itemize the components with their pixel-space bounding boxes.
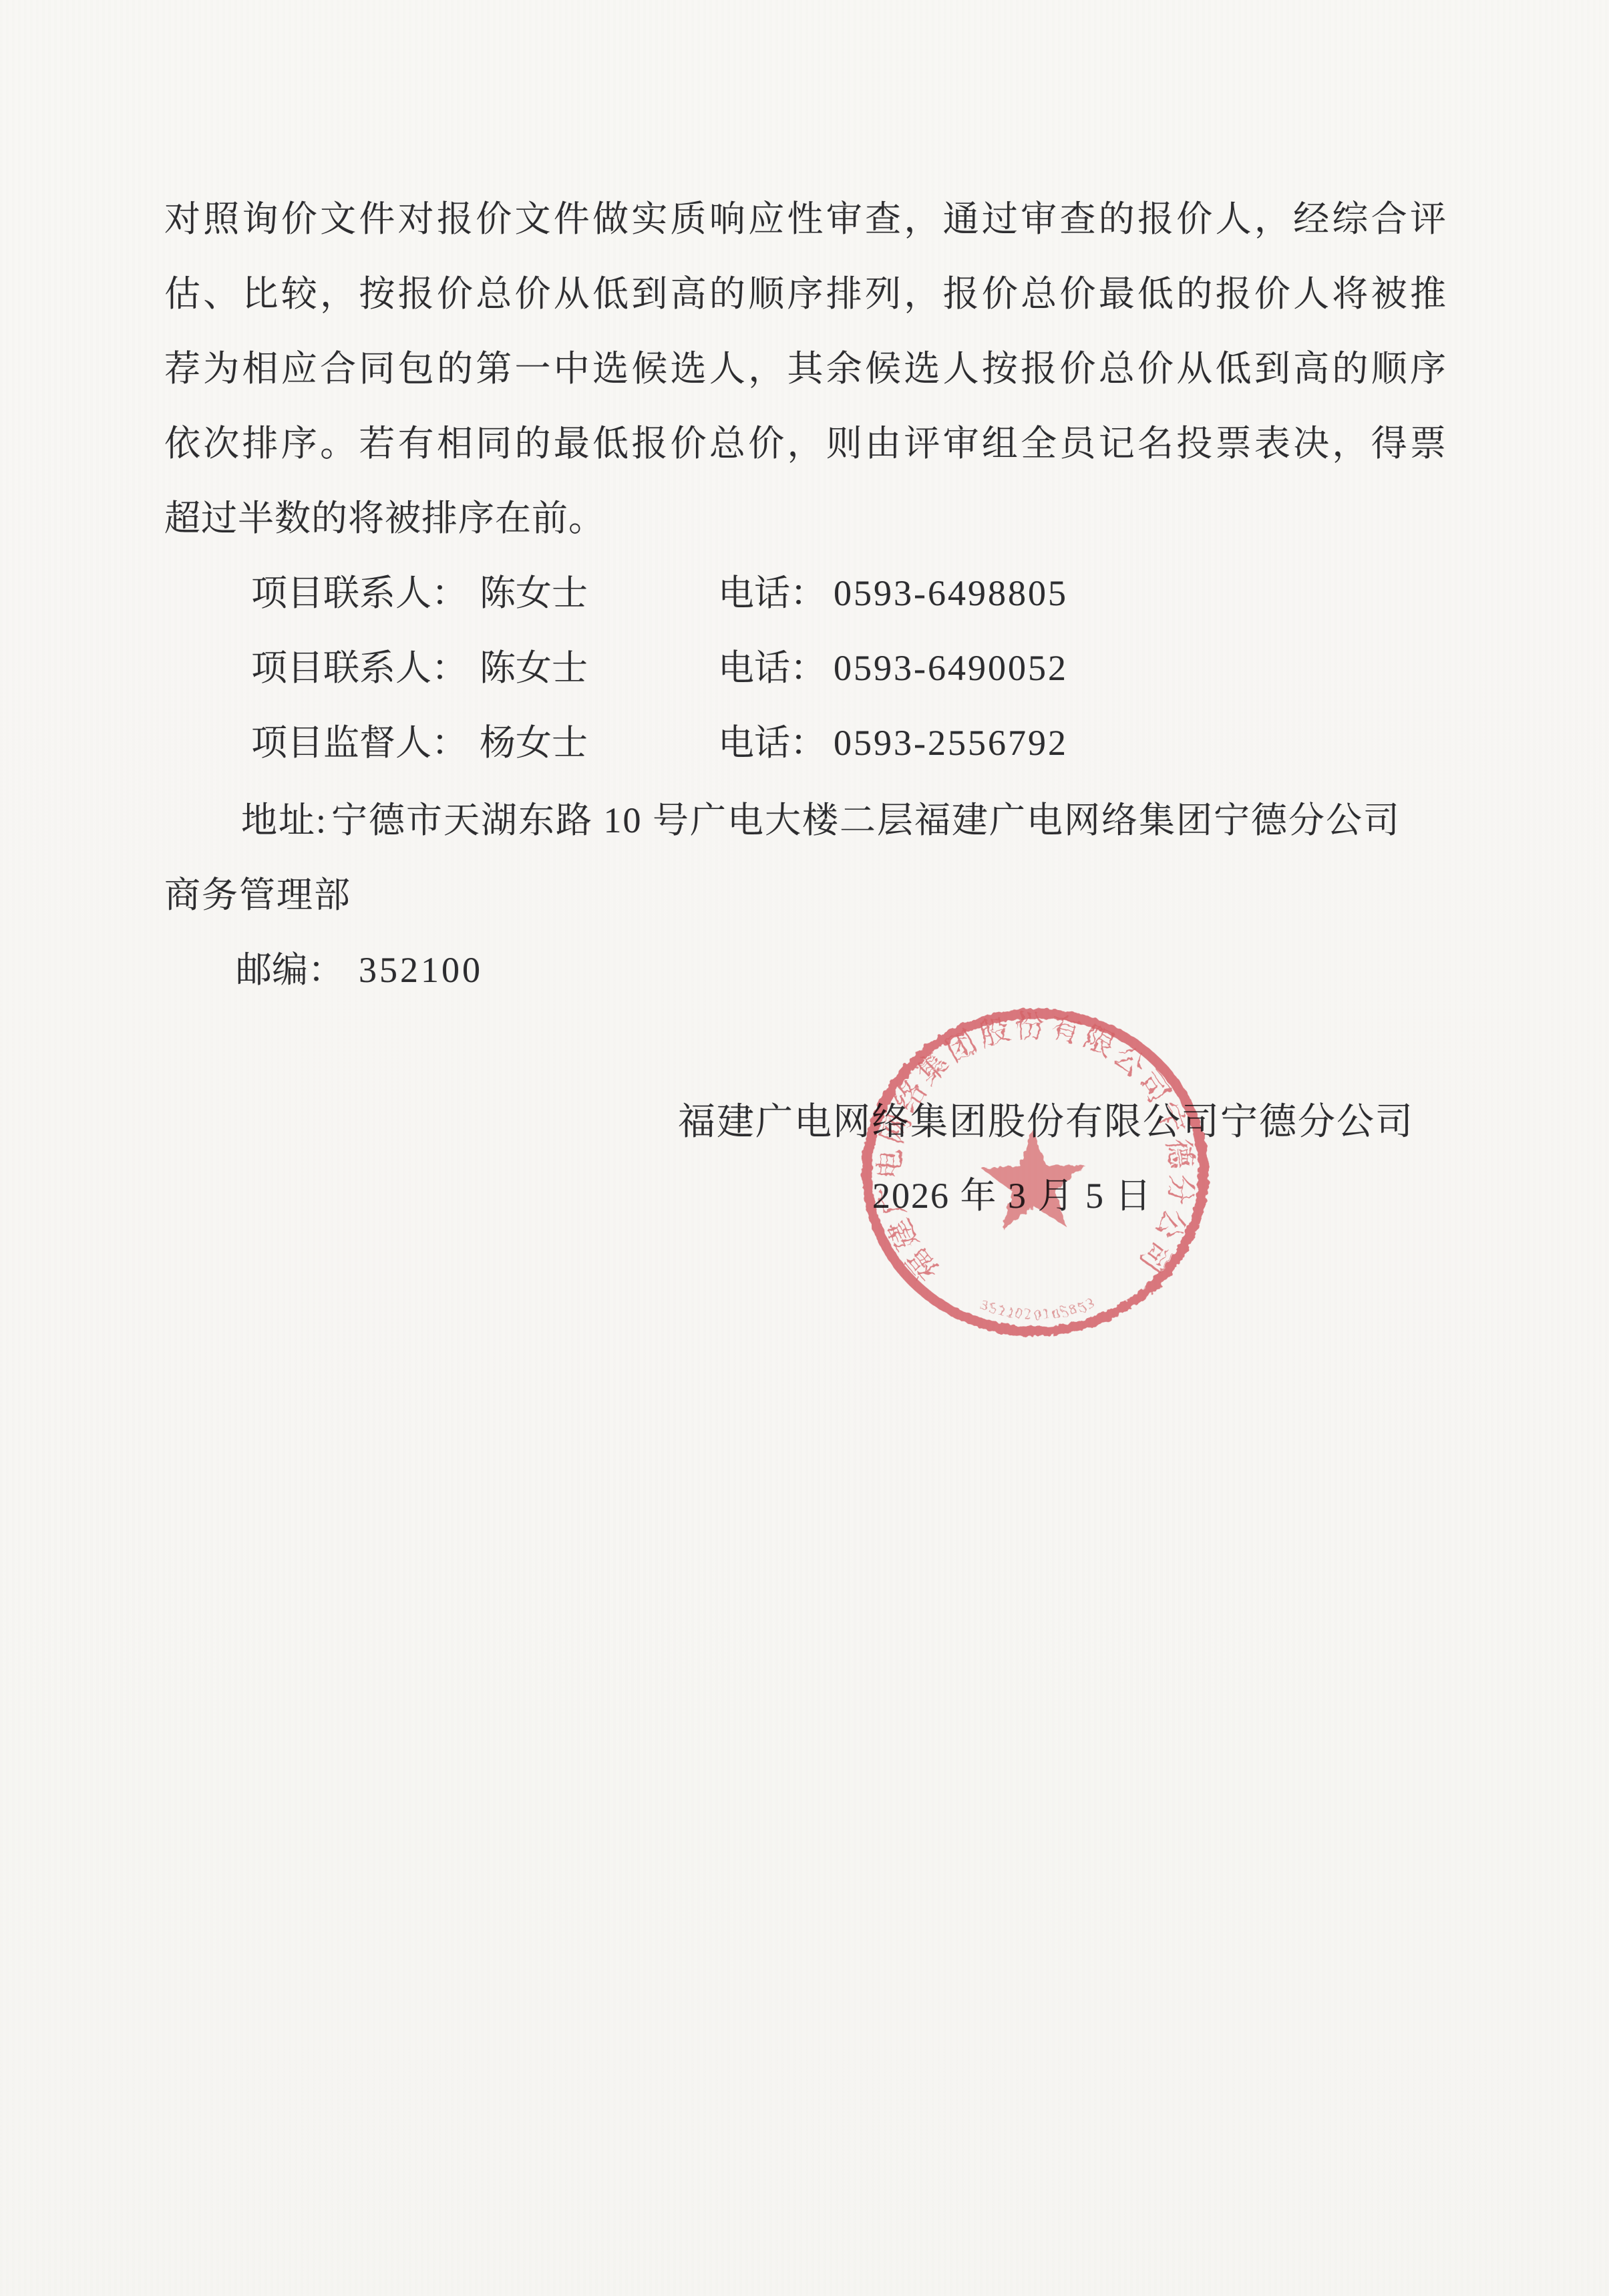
paragraph-line: 超过半数的将被排序在前。 <box>164 481 1447 556</box>
postal-label: 邮编： <box>236 950 344 990</box>
contact-list: 项目联系人： 陈女士 电话： 0593-6498805 项目联系人： 陈女士 电… <box>0 556 1609 780</box>
postal-line: 邮编：352100 <box>236 933 483 1007</box>
contact-row: 项目联系人： 陈女士 电话： 0593-6498805 <box>0 556 1609 631</box>
paragraph-line: 对照询价文件对报价文件做实质响应性审查，通过审查的报价人，经综合评 <box>164 182 1447 257</box>
seal-serial: 3511020105853 <box>978 1293 1099 1324</box>
phone-number: 0593-6498805 <box>834 556 1068 631</box>
phone-number: 0593-2556792 <box>834 705 1068 780</box>
phone-label: 电话： <box>718 556 826 631</box>
address-line-2: 商务管理部 <box>164 858 351 933</box>
paragraph-line: 估、比较，按报价总价从低到高的顺序排列，报价总价最低的报价人将被推 <box>164 257 1447 331</box>
address-label: 地址: <box>241 800 327 840</box>
phone-number: 0593-6490052 <box>834 631 1068 705</box>
contact-row: 项目监督人： 杨女士 电话： 0593-2556792 <box>0 705 1609 780</box>
contact-label: 项目联系人： <box>251 631 468 705</box>
company-seal-icon: 福建广电网络集团股份有限公司宁德分公司 3511020105853 <box>837 974 1234 1371</box>
contact-name: 杨女士 <box>480 705 588 780</box>
paragraph-line: 依次排序。若有相同的最低报价总价，则由评审组全员记名投票表决，得票 <box>164 406 1447 481</box>
contact-label: 项目联系人： <box>251 556 468 631</box>
phone-label: 电话： <box>718 705 826 780</box>
address-text: 宁德市天湖东路 10 号广电大楼二层福建广电网络集团宁德分公司 <box>331 800 1401 840</box>
address-line-1: 地址:宁德市天湖东路 10 号广电大楼二层福建广电网络集团宁德分公司 <box>241 783 1401 858</box>
main-paragraph: 对照询价文件对报价文件做实质响应性审查，通过审查的报价人，经综合评 估、比较，按… <box>164 182 1447 556</box>
contact-name: 陈女士 <box>480 631 588 705</box>
contact-row: 项目联系人： 陈女士 电话： 0593-6490052 <box>0 631 1609 705</box>
phone-label: 电话： <box>718 631 826 705</box>
document-page: { "document": { "paragraph_lines": [ "对照… <box>0 0 1609 2296</box>
contact-name: 陈女士 <box>480 556 588 631</box>
contact-label: 项目监督人： <box>251 705 468 780</box>
seal-star-icon <box>980 1128 1087 1229</box>
paragraph-line: 荐为相应合同包的第一中选候选人，其余候选人按报价总价从低到高的顺序 <box>164 331 1447 406</box>
postal-code: 352100 <box>359 950 483 990</box>
